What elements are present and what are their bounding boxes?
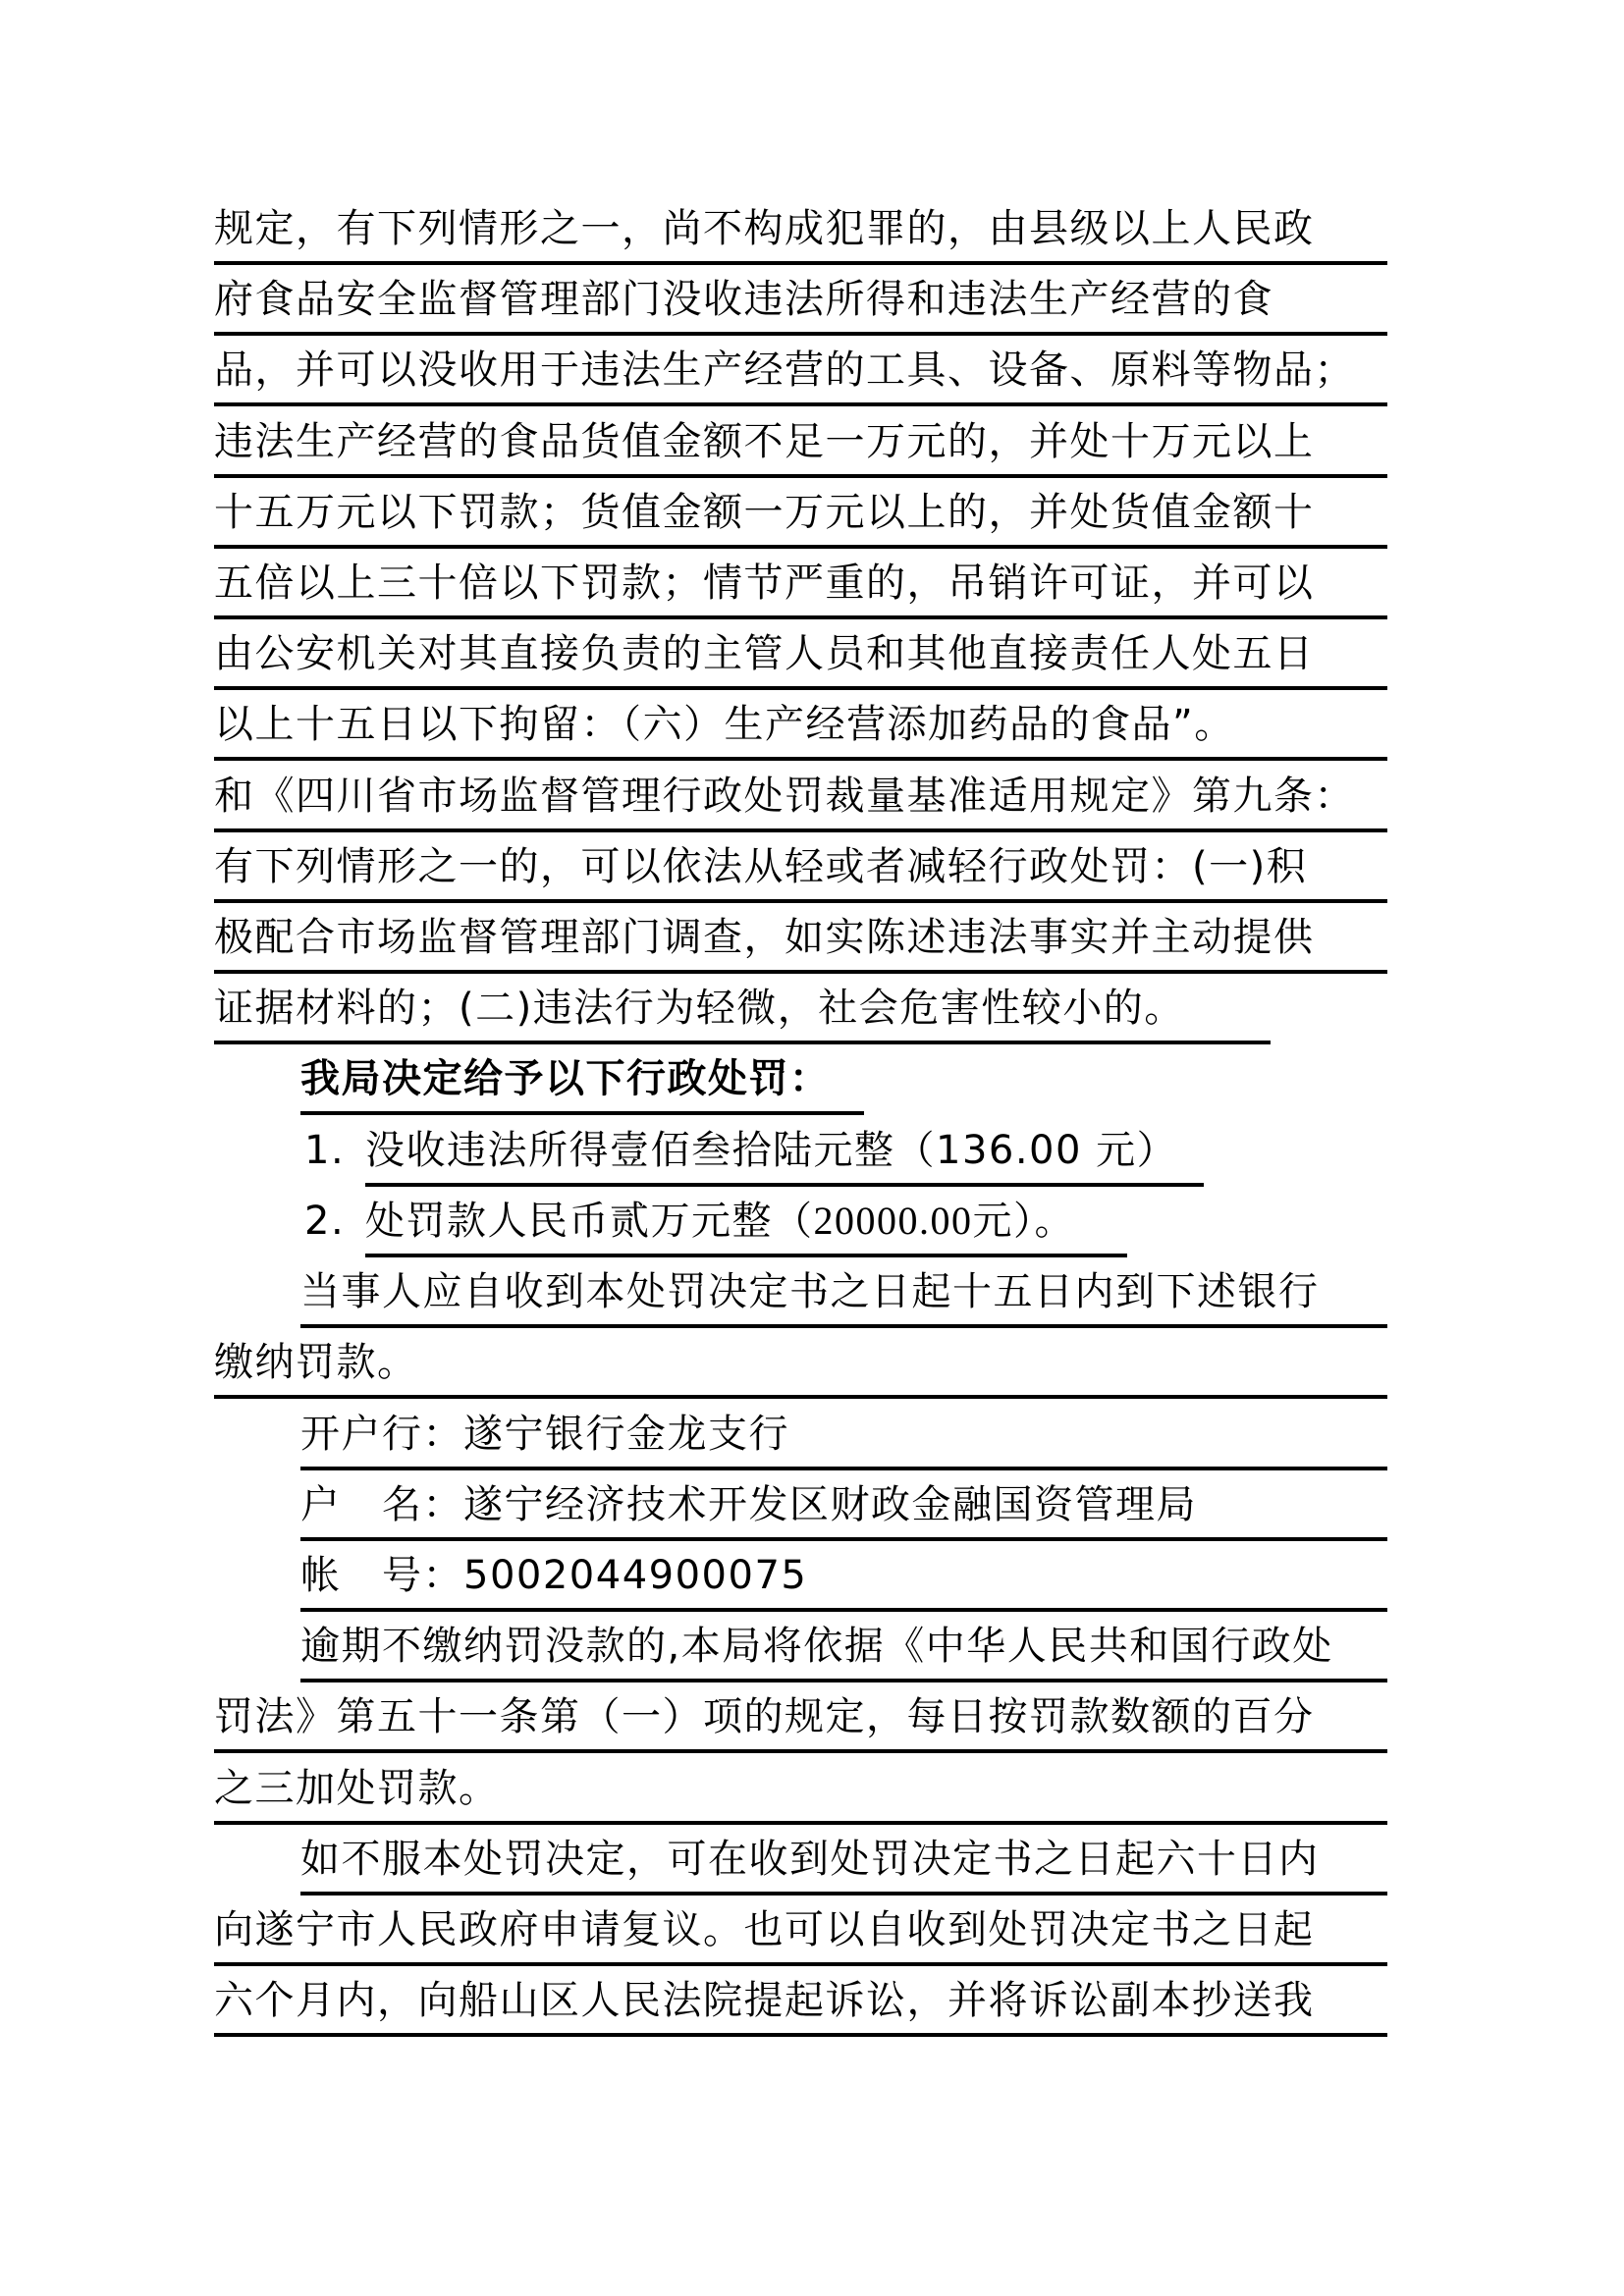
penalty-text: 没收违法所得壹佰叁拾陆元整（136.00 元）: [365, 1122, 1177, 1179]
underline: [300, 1608, 1387, 1612]
text: 和《四川省市场监督管理行政处罚裁量基准适用规定》第九条：: [214, 768, 1355, 825]
text: 逾期不缴纳罚没款的,本局将依据《中华人民共和国行政处: [300, 1618, 1333, 1675]
fine-amount: 20000.00: [814, 1193, 973, 1250]
underline: [214, 1962, 1387, 1966]
text: 极配合市场监督管理部门调查，如实陈述违法事实并主动提供: [214, 909, 1315, 966]
underline: [214, 615, 1387, 619]
text: 十五万元以下罚款；货值金额一万元以上的，并处货值金额十: [214, 484, 1315, 541]
account-number-value: 5002044900075: [463, 1547, 807, 1604]
text: 如不服本处罚决定，可在收到处罚决定书之日起六十日内: [300, 1831, 1320, 1888]
text: 由公安机关对其直接负责的主管人员和其他直接责任人处五日: [214, 625, 1315, 682]
underline: [300, 1679, 1387, 1682]
list-number: 1.: [304, 1122, 365, 1179]
underline: [214, 757, 1387, 761]
text: 向遂宁市人民政府申请复议。也可以自收到处罚决定书之日起: [214, 1901, 1315, 1958]
underline: [300, 1467, 1387, 1470]
text: 品，并可以没收用于违法生产经营的工具、设备、原料等物品；: [214, 342, 1355, 399]
text: 有下列情形之一的，可以依法从轻或者减轻行政处罚：(一)积: [214, 838, 1307, 895]
underline: [214, 261, 1387, 265]
underline: [214, 332, 1387, 336]
account-name-label: 户 名：: [300, 1476, 463, 1533]
document-page: 规定，有下列情形之一，尚不构成犯罪的，由县级以上人民政 府食品安全监督管理部门没…: [0, 0, 1624, 2296]
underline: [365, 1183, 1204, 1187]
underline: [214, 2033, 1387, 2037]
text: 当事人应自收到本处罚决定书之日起十五日内到下述银行: [300, 1263, 1320, 1320]
underline: [214, 686, 1387, 690]
text: 罚法》第五十一条第（一）项的规定，每日按罚款数额的百分: [214, 1688, 1315, 1745]
underline: [300, 1892, 1387, 1896]
text: 规定，有下列情形之一，尚不构成犯罪的，由县级以上人民政: [214, 200, 1315, 257]
underline: [214, 1041, 1271, 1044]
underline: [365, 1254, 1127, 1257]
heading-text: 我局决定给予以下行政处罚：: [300, 1050, 831, 1107]
underline: [300, 1537, 1387, 1541]
underline: [214, 402, 1387, 406]
underline: [214, 474, 1387, 478]
underline: [214, 1395, 1387, 1399]
underline: [214, 1821, 1387, 1825]
text: 缴纳罚款。: [214, 1334, 418, 1391]
account-number-label: 帐 号：: [300, 1547, 463, 1604]
penalty-text-suffix: 元）。: [973, 1193, 1076, 1250]
list-number: 2.: [304, 1193, 365, 1250]
underline: [300, 1324, 1387, 1328]
account-name-value: 遂宁经济技术开发区财政金融国资管理局: [463, 1476, 1197, 1533]
text: 以上十五日以下拘留：（六）生产经营添加药品的食品”。: [214, 696, 1235, 753]
text: 五倍以上三十倍以下罚款；情节严重的，吊销许可证，并可以: [214, 555, 1315, 612]
bank-label: 开户行：: [300, 1406, 463, 1463]
underline: [300, 1111, 864, 1115]
text: 之三加处罚款。: [214, 1760, 500, 1817]
underline: [214, 899, 1387, 903]
text: 府食品安全监督管理部门没收违法所得和违法生产经营的食: [214, 271, 1273, 328]
underline: [214, 970, 1387, 974]
text: 证据材料的；(二)违法行为轻微，社会危害性较小的。: [214, 980, 1185, 1037]
underline: [214, 1749, 1387, 1753]
underline: [214, 828, 1387, 832]
penalty-text: 处罚款人民币贰万元整（: [365, 1193, 814, 1250]
text: 违法生产经营的食品货值金额不足一万元的，并处十万元以上: [214, 413, 1315, 470]
text: 六个月内，向船山区人民法院提起诉讼，并将诉讼副本抄送我: [214, 1972, 1315, 2029]
bank-value: 遂宁银行金龙支行: [463, 1406, 789, 1463]
underline: [214, 545, 1387, 549]
